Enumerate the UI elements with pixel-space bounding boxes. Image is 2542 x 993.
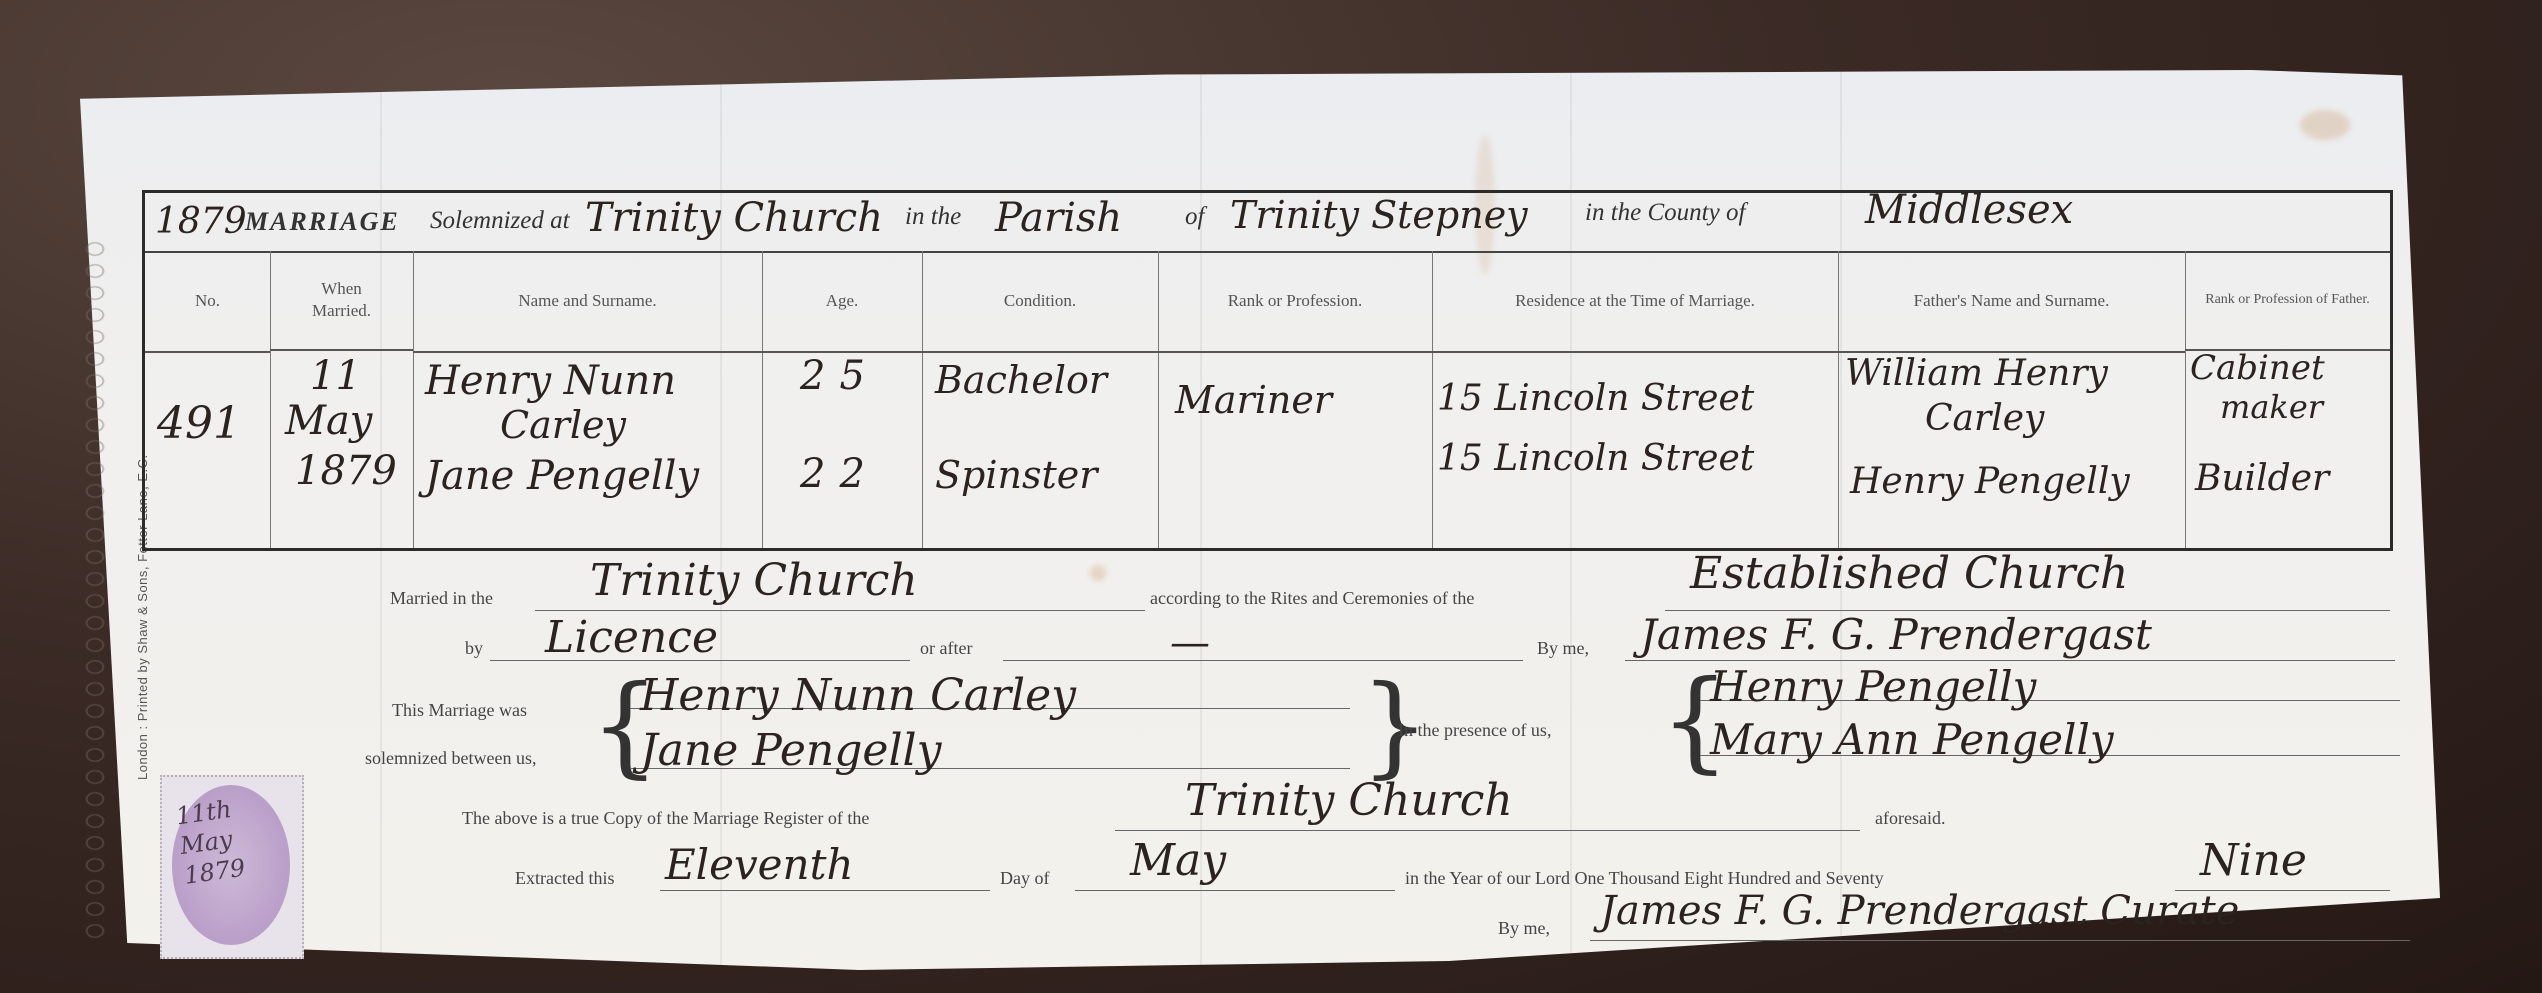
- rites-value: Established Church: [1690, 548, 2128, 599]
- extracted-label: Extracted this: [515, 868, 614, 889]
- county-value: Middlesex: [1865, 187, 2073, 233]
- extracted-month-line: [1075, 890, 1395, 891]
- entry-month: May: [285, 398, 372, 444]
- column-header-rank: Rank or Profession.: [1158, 251, 1432, 353]
- or-after-value: —: [1170, 620, 1210, 666]
- year-label: in the Year of our Lord One Thousand Eig…: [1405, 868, 1884, 889]
- bride-father-name: Henry Pengelly: [1850, 461, 2130, 502]
- solemnized-at-value: Trinity Church: [585, 195, 883, 241]
- groom-age: 25: [800, 353, 879, 399]
- spouse-signature-2: Jane Pengelly: [640, 725, 941, 776]
- extracted-day-line: [660, 890, 990, 891]
- register-table: 1879 MARRIAGE Solemnized at Trinity Chur…: [142, 190, 2393, 551]
- married-in-label: Married in the: [390, 588, 493, 609]
- groom-residence: 15 Lincoln Street: [1437, 378, 1754, 419]
- groom-father-profession-2: maker: [2220, 388, 2323, 426]
- parish-value: Trinity Stepney: [1230, 193, 1528, 237]
- column-header-father-rank: Rank or Profession of Father.: [2185, 251, 2390, 351]
- certifier-signature: James F. G. Prendergast Curate: [1600, 888, 2239, 934]
- column-header-residence: Residence at the Time of Marriage.: [1432, 251, 1838, 353]
- married-in-value: Trinity Church: [590, 555, 918, 606]
- officiant-signature: James F. G. Prendergast: [1640, 610, 2152, 659]
- day-of-label: Day of: [1000, 868, 1049, 889]
- aforesaid-label: aforesaid.: [1875, 808, 1945, 829]
- presence-label: In the presence of us,: [1398, 720, 1551, 741]
- column-header-condition: Condition.: [922, 251, 1158, 353]
- marriage-label: MARRIAGE: [245, 207, 400, 237]
- column-header-no: No.: [145, 251, 270, 353]
- year-value: Nine: [2200, 835, 2307, 886]
- certifier-line: [1590, 940, 2410, 941]
- by-label: by: [465, 638, 483, 659]
- witness-signature-2: Mary Ann Pengelly: [1710, 715, 2114, 764]
- extracted-day: Eleventh: [665, 840, 854, 889]
- married-in-line: [535, 610, 1145, 611]
- stamp-cancellation: 11th May 1879: [174, 793, 247, 891]
- or-after-line: [1003, 660, 1523, 661]
- entry-year: 1879: [295, 448, 397, 494]
- true-copy-value: Trinity Church: [1185, 775, 1513, 826]
- solemnized-label: Solemnized at: [430, 207, 570, 235]
- groom-father-name: William Henry: [1845, 353, 2108, 394]
- true-copy-label: The above is a true Copy of the Marriage…: [462, 808, 869, 829]
- extracted-month: May: [1130, 835, 1226, 886]
- true-copy-line: [1115, 830, 1860, 831]
- column-header-father-name: Father's Name and Surname.: [1838, 251, 2185, 353]
- register-title-row: 1879 MARRIAGE Solemnized at Trinity Chur…: [145, 193, 2390, 253]
- entry-day: 11: [310, 353, 361, 399]
- groom-father-profession-1: Cabinet: [2190, 348, 2325, 388]
- bride-residence: 15 Lincoln Street: [1437, 438, 1754, 479]
- district-type: Parish: [995, 195, 1122, 241]
- bride-age: 22: [800, 451, 879, 497]
- in-the-label: in the: [905, 203, 961, 231]
- revenue-stamp: 11th May 1879: [160, 775, 304, 959]
- spouse-signature-1: Henry Nunn Carley: [640, 670, 1076, 721]
- groom-father-surname: Carley: [1925, 398, 2044, 439]
- perforated-edge: [78, 240, 112, 940]
- of-label: of: [1185, 203, 1204, 231]
- county-label: in the County of: [1585, 199, 1745, 227]
- rites-label: according to the Rites and Ceremonies of…: [1150, 588, 1474, 609]
- column-header-when-married: When Married.: [270, 251, 413, 351]
- between-label-2: solemnized between us,: [365, 748, 536, 769]
- entry-number: 491: [157, 398, 241, 449]
- column-header-name: Name and Surname.: [413, 251, 762, 353]
- bride-father-profession: Builder: [2195, 458, 2329, 499]
- groom-profession: Mariner: [1175, 378, 1332, 422]
- year-value: 1879: [155, 201, 247, 242]
- stain: [2300, 110, 2350, 140]
- between-label-1: This Marriage was: [392, 700, 527, 721]
- witness-signature-1: Henry Pengelly: [1710, 662, 2036, 711]
- bride-condition: Spinster: [935, 453, 1097, 497]
- by-me-label-2: By me,: [1498, 918, 1550, 939]
- by-me-label: By me,: [1537, 638, 1589, 659]
- by-me-line: [1625, 660, 2395, 661]
- groom-name: Henry Nunn: [425, 358, 676, 404]
- bride-name: Jane Pengelly: [425, 453, 699, 499]
- by-value: Licence: [545, 612, 718, 663]
- groom-surname: Carley: [500, 403, 626, 447]
- stain: [1090, 565, 1106, 581]
- groom-condition: Bachelor: [935, 358, 1107, 402]
- column-header-age: Age.: [762, 251, 922, 353]
- or-after-label: or after: [920, 638, 972, 659]
